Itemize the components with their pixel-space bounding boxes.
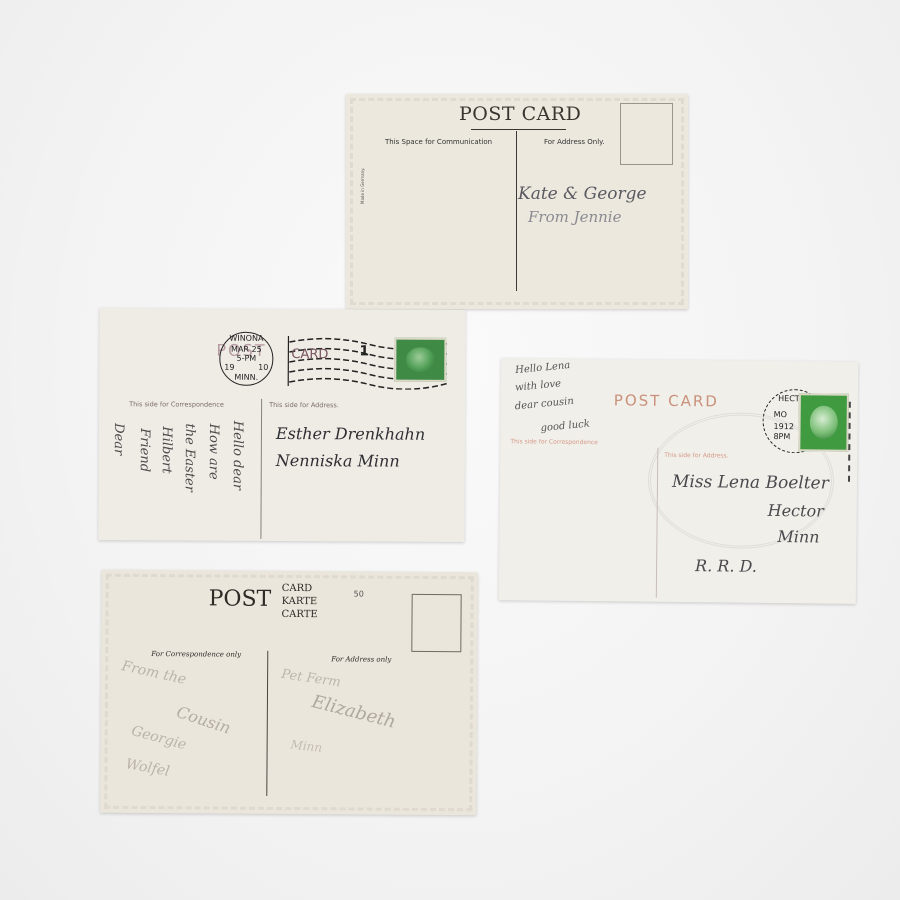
postmark-date: MO bbox=[774, 410, 787, 419]
postage-stamp-green bbox=[394, 338, 446, 382]
postmark-time: 5-PM bbox=[220, 354, 272, 363]
message-line: Dear bbox=[111, 423, 126, 455]
postmark-year: 1912 bbox=[774, 422, 794, 431]
cancel-bars bbox=[848, 402, 857, 482]
center-divider bbox=[260, 399, 262, 539]
postcard-header: POST CARD bbox=[614, 391, 719, 410]
message-line: good luck bbox=[540, 419, 590, 435]
address-line-state: Minn bbox=[777, 527, 819, 546]
message-line: Friend bbox=[137, 428, 152, 472]
header-underline bbox=[471, 129, 566, 130]
address-line: Elizabeth bbox=[310, 691, 398, 733]
address-label: For Address Only. bbox=[544, 138, 605, 146]
address-line-name: Miss Lena Boelter bbox=[672, 472, 829, 494]
message-line: How are bbox=[206, 424, 221, 480]
address-line: Pet Ferm bbox=[280, 667, 341, 691]
address-label: For Address only bbox=[331, 655, 391, 663]
message-line: with love bbox=[515, 378, 562, 393]
handwritten-sender: From Jennie bbox=[528, 208, 622, 226]
postcard-header-carte: CARTE bbox=[282, 609, 318, 620]
message-line: From the bbox=[120, 658, 187, 688]
center-divider bbox=[656, 448, 659, 598]
postcard-header-post: POST bbox=[209, 586, 272, 611]
postcard-top: POST CARD This Space for Communication F… bbox=[346, 94, 688, 309]
address-line-route: R. R. D. bbox=[695, 556, 757, 576]
address-line-name: Esther Drenkhahn bbox=[276, 424, 425, 444]
correspondence-label: This side for Correspondence bbox=[510, 438, 598, 446]
correspondence-label: For Correspondence only bbox=[151, 650, 241, 659]
handwritten-recipient: Kate & George bbox=[518, 184, 647, 204]
address-line-city: Nenniska Minn bbox=[276, 451, 400, 471]
postcard-middle-right: POST CARD HECTOR MO 1912 8PM This side f… bbox=[499, 358, 859, 604]
correspondence-label: This side for Correspondence bbox=[129, 400, 224, 408]
postcard-header-karte: KARTE bbox=[282, 596, 318, 607]
address-label: This side for Address. bbox=[664, 452, 728, 460]
postage-stamp-green bbox=[798, 393, 849, 452]
message-line: Cousin bbox=[174, 702, 233, 738]
stamp-portrait-icon bbox=[810, 406, 838, 440]
postmark-time: 8PM bbox=[773, 432, 790, 441]
postcard-middle-left: POST WINONA MAR 25 5-PM 19 10 MINN. CARD… bbox=[98, 308, 465, 542]
message-line: Georgie bbox=[130, 723, 189, 753]
postcard-header: POST CARD bbox=[459, 103, 581, 125]
stamp-placeholder-box bbox=[620, 103, 673, 165]
stamp-portrait-icon bbox=[406, 347, 435, 372]
message-line: Wolfel bbox=[124, 756, 170, 780]
message-line: Hello Lena bbox=[515, 360, 571, 376]
message-line: Hilbert bbox=[159, 426, 174, 473]
communication-label: This Space for Communication bbox=[385, 138, 492, 146]
center-divider bbox=[516, 131, 517, 291]
postcard-header-card: CARD bbox=[282, 583, 312, 594]
stamp-placeholder-box bbox=[411, 594, 461, 652]
message-line: the Easter bbox=[182, 423, 197, 492]
address-label: This side for Address. bbox=[269, 401, 339, 409]
address-line: Minn bbox=[290, 737, 323, 754]
cancel-text: CARD bbox=[291, 347, 328, 362]
made-in-germany-note: Made in Germany. bbox=[360, 168, 365, 204]
message-line: Hello dear bbox=[230, 421, 245, 490]
center-divider bbox=[266, 651, 268, 796]
postmark-city: WINONA bbox=[220, 334, 272, 343]
corner-price-number: 50 bbox=[354, 589, 364, 598]
postmark-winona: WINONA MAR 25 5-PM 19 10 MINN. bbox=[219, 332, 273, 386]
postmark-year-right: 10 bbox=[258, 363, 268, 372]
cancel-number: 1 bbox=[359, 343, 369, 359]
message-line: dear cousin bbox=[514, 396, 574, 413]
address-line-city: Hector bbox=[768, 501, 824, 521]
postmark-date: MAR 25 bbox=[220, 345, 272, 354]
postmark-year-left: 19 bbox=[224, 363, 234, 372]
postmark-state: MINN. bbox=[220, 373, 272, 382]
postcard-bottom-left: POST CARD KARTE CARTE 50 For Corresponde… bbox=[100, 570, 478, 816]
